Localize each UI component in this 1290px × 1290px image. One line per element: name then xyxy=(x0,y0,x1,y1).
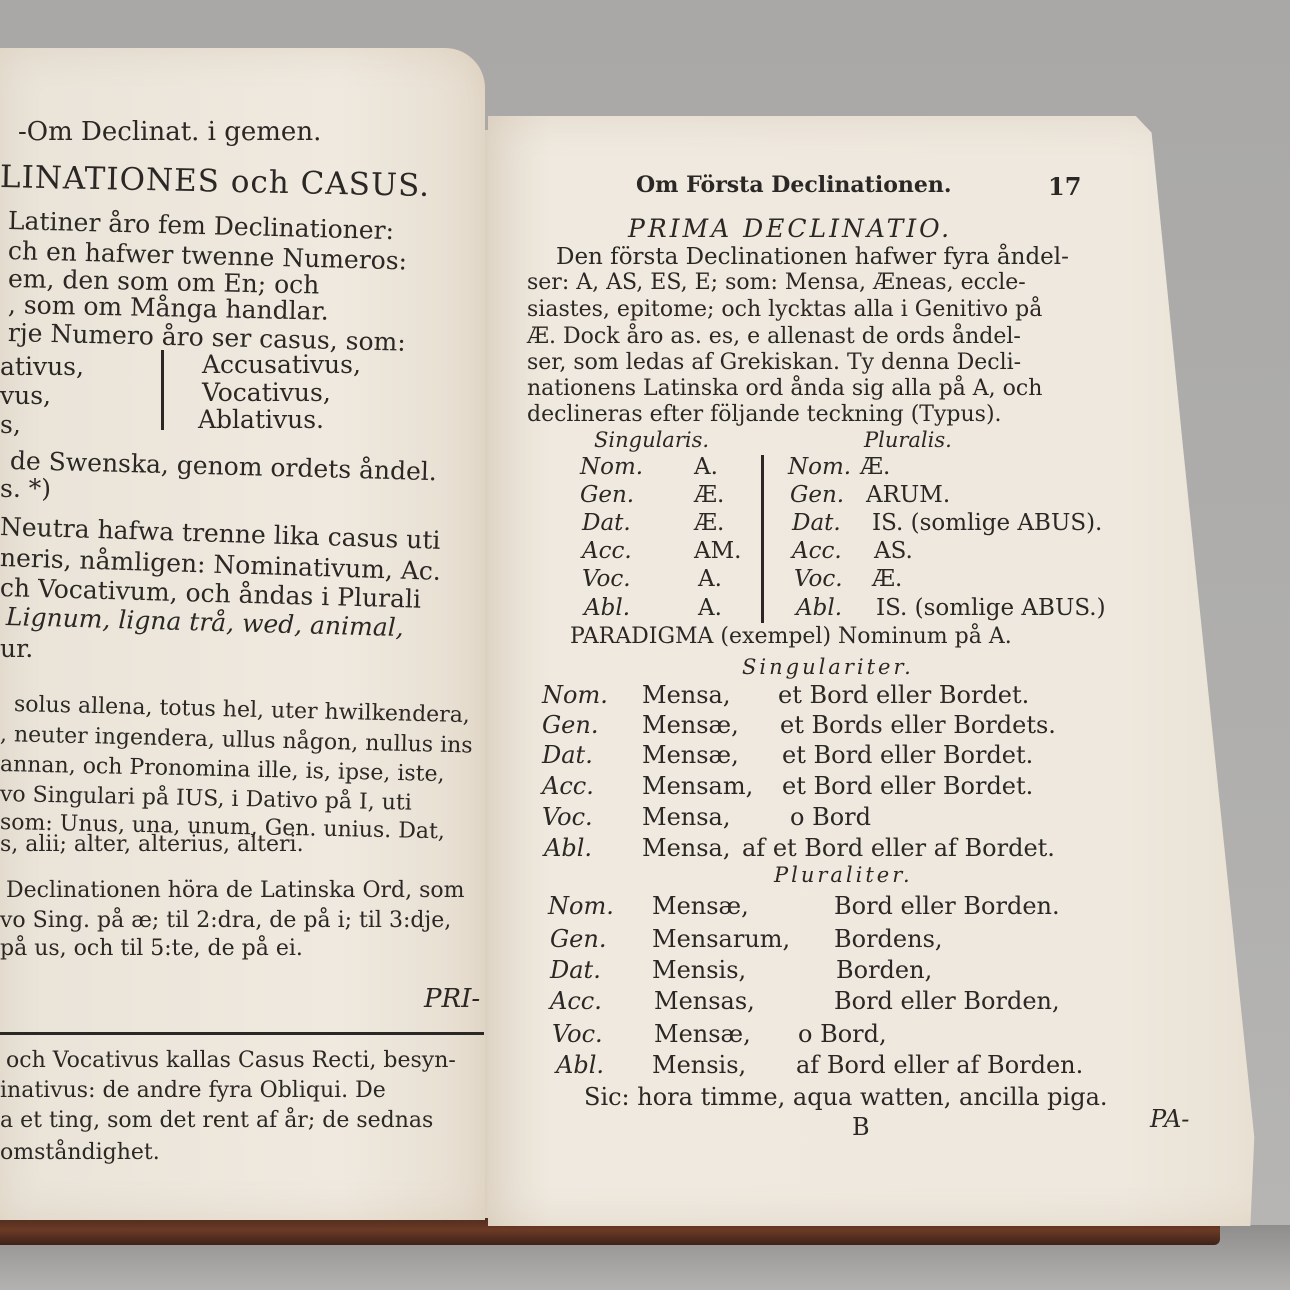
intro-line: siastes, epitome; och lycktas alla i Gen… xyxy=(527,295,1042,325)
typus-case: Abl. xyxy=(584,593,630,623)
case-list-right: Ablativus. xyxy=(198,405,324,435)
typus-plcase: Gen. xyxy=(790,480,844,510)
pluraliter-label: Pluraliter. xyxy=(774,860,913,890)
paradigm-case: Dat. xyxy=(542,740,593,770)
footnote-line: a et ting, som det rent af år; de sednas xyxy=(0,1106,433,1136)
paradigm-case: Voc. xyxy=(542,802,593,832)
para5-line: vo Sing. på æ; til 2:dra, de på i; til 3… xyxy=(0,906,451,936)
typus-sing-ending: A. xyxy=(698,593,722,623)
sic-examples-line: Sic: hora timme, aqua watten, ancilla pi… xyxy=(584,1082,1108,1112)
paradigm-swedish: et Bord eller Bordet. xyxy=(778,680,1029,710)
typus-case: Acc. xyxy=(582,536,632,566)
typus-plur-ending: IS. (somlige ABUS.) xyxy=(876,593,1106,623)
typus-case: Dat. xyxy=(582,508,631,538)
paradigm-case: Gen. xyxy=(542,710,598,740)
paradigm-case: Gen. xyxy=(550,924,606,954)
paradigm-latin: Mensis, xyxy=(652,1050,746,1080)
typus-plur-ending: AS. xyxy=(874,536,913,566)
footnote-line: omståndighet. xyxy=(0,1138,160,1168)
paradigm-latin: Mensis, xyxy=(652,955,746,985)
typus-sing-ending: Æ. xyxy=(694,480,724,510)
paradigm-latin: Mensas, xyxy=(654,986,755,1016)
case-list-left: vus, xyxy=(0,381,51,411)
para3-line: ur. xyxy=(0,634,33,664)
running-head-left: -Om Declinat. i gemen. xyxy=(18,117,321,147)
typus-singular-label: Singularis. xyxy=(594,425,709,455)
paradigma-title: PARADIGMA (exempel) Nominum på A. xyxy=(570,622,1012,652)
paradigm-case: Voc. xyxy=(552,1019,603,1049)
page-number: 17 xyxy=(1048,172,1081,202)
paradigm-latin: Mensæ, xyxy=(642,710,739,740)
typus-sing-ending: A. xyxy=(698,564,722,594)
case-list-left: s, xyxy=(0,410,21,440)
typus-plur-ending: Æ. xyxy=(860,452,890,482)
typus-sing-ending: A. xyxy=(694,452,718,482)
catchword-left: PRI- xyxy=(424,984,480,1014)
paradigm-latin: Mensa, xyxy=(642,680,731,710)
typus-case: Voc. xyxy=(582,564,631,594)
paradigm-case: Nom. xyxy=(542,680,608,710)
signature-mark: B xyxy=(852,1112,870,1142)
typus-case: Nom. xyxy=(580,452,643,482)
paradigm-swedish: Bord eller Borden. xyxy=(834,891,1060,921)
paradigm-swedish: et Bord eller Bordet. xyxy=(782,740,1033,770)
case-list-divider xyxy=(161,350,164,430)
paradigm-swedish: af et Bord eller af Bordet. xyxy=(742,833,1055,863)
typus-plcase: Dat. xyxy=(792,508,841,538)
typus-plcase: Abl. xyxy=(796,593,842,623)
singulariter-label: Singulariter. xyxy=(742,652,914,682)
typus-plur-ending: Æ. xyxy=(872,564,902,594)
paradigm-latin: Mensam, xyxy=(642,771,753,801)
paradigm-swedish: Borden, xyxy=(836,955,932,985)
paradigm-swedish: Bord eller Borden, xyxy=(834,986,1060,1016)
typus-plur-ending: IS. (somlige ABUS). xyxy=(872,508,1102,538)
typus-sing-ending: AM. xyxy=(694,536,741,566)
case-list-right: Vocativus, xyxy=(202,378,331,408)
paradigm-latin: Mensa, xyxy=(642,833,731,863)
paradigm-latin: Mensæ, xyxy=(654,1019,751,1049)
paradigm-case: Acc. xyxy=(550,986,602,1016)
case-list-right: Accusativus, xyxy=(202,350,361,380)
paradigm-latin: Mensæ, xyxy=(642,740,739,770)
paradigm-swedish: o Bord, xyxy=(798,1019,887,1049)
typus-plcase: Nom. xyxy=(788,452,851,482)
typus-plcase: Voc. xyxy=(794,564,843,594)
para2-line: s. *) xyxy=(0,474,51,504)
para5-line: på us, och til 5:te, de på ei. xyxy=(0,934,303,964)
typus-plcase: Acc. xyxy=(792,536,842,566)
paradigm-case: Abl. xyxy=(544,833,592,863)
section-heading-right: PRIMA DECLINATIO. xyxy=(628,214,952,244)
paradigm-case: Dat. xyxy=(550,955,601,985)
paradigm-latin: Mensarum, xyxy=(652,924,790,954)
paradigm-case: Abl. xyxy=(556,1050,604,1080)
paradigm-swedish: et Bord eller Bordet. xyxy=(782,771,1033,801)
para5-line: Declinationen höra de Latinska Ord, som xyxy=(6,876,464,906)
paradigm-latin: Mensa, xyxy=(642,802,731,832)
footnote-line: och Vocativus kallas Casus Recti, besyn- xyxy=(6,1046,456,1076)
typus-plur-ending: ARUM. xyxy=(866,480,950,510)
typus-case: Gen. xyxy=(580,480,634,510)
intro-line: ser: A, AS, ES, E; som: Mensa, Æneas, ec… xyxy=(527,268,1026,298)
footnote-rule xyxy=(0,1032,484,1035)
paradigm-case: Nom. xyxy=(548,891,614,921)
typus-sing-ending: Æ. xyxy=(694,508,724,538)
paradigm-swedish: af Bord eller af Borden. xyxy=(796,1050,1083,1080)
typus-divider xyxy=(761,455,764,623)
paradigm-swedish: Bordens, xyxy=(834,924,943,954)
case-list-left: ativus, xyxy=(0,352,84,382)
para4-line: s, alii; alter, alterius, alteri. xyxy=(0,830,304,860)
running-head-right: Om Första Declinationen. xyxy=(636,170,952,200)
catchword-right: PA- xyxy=(1150,1104,1189,1134)
paradigm-case: Acc. xyxy=(542,771,594,801)
paradigm-latin: Mensæ, xyxy=(652,891,749,921)
typus-plural-label: Pluralis. xyxy=(864,425,952,455)
footnote-line: inativus: de andre fyra Obliqui. De xyxy=(0,1076,386,1106)
section-heading-left: LINATIONES och CASUS. xyxy=(0,162,430,201)
paradigm-swedish: o Bord xyxy=(790,802,871,832)
paradigm-swedish: et Bords eller Bordets. xyxy=(780,710,1056,740)
